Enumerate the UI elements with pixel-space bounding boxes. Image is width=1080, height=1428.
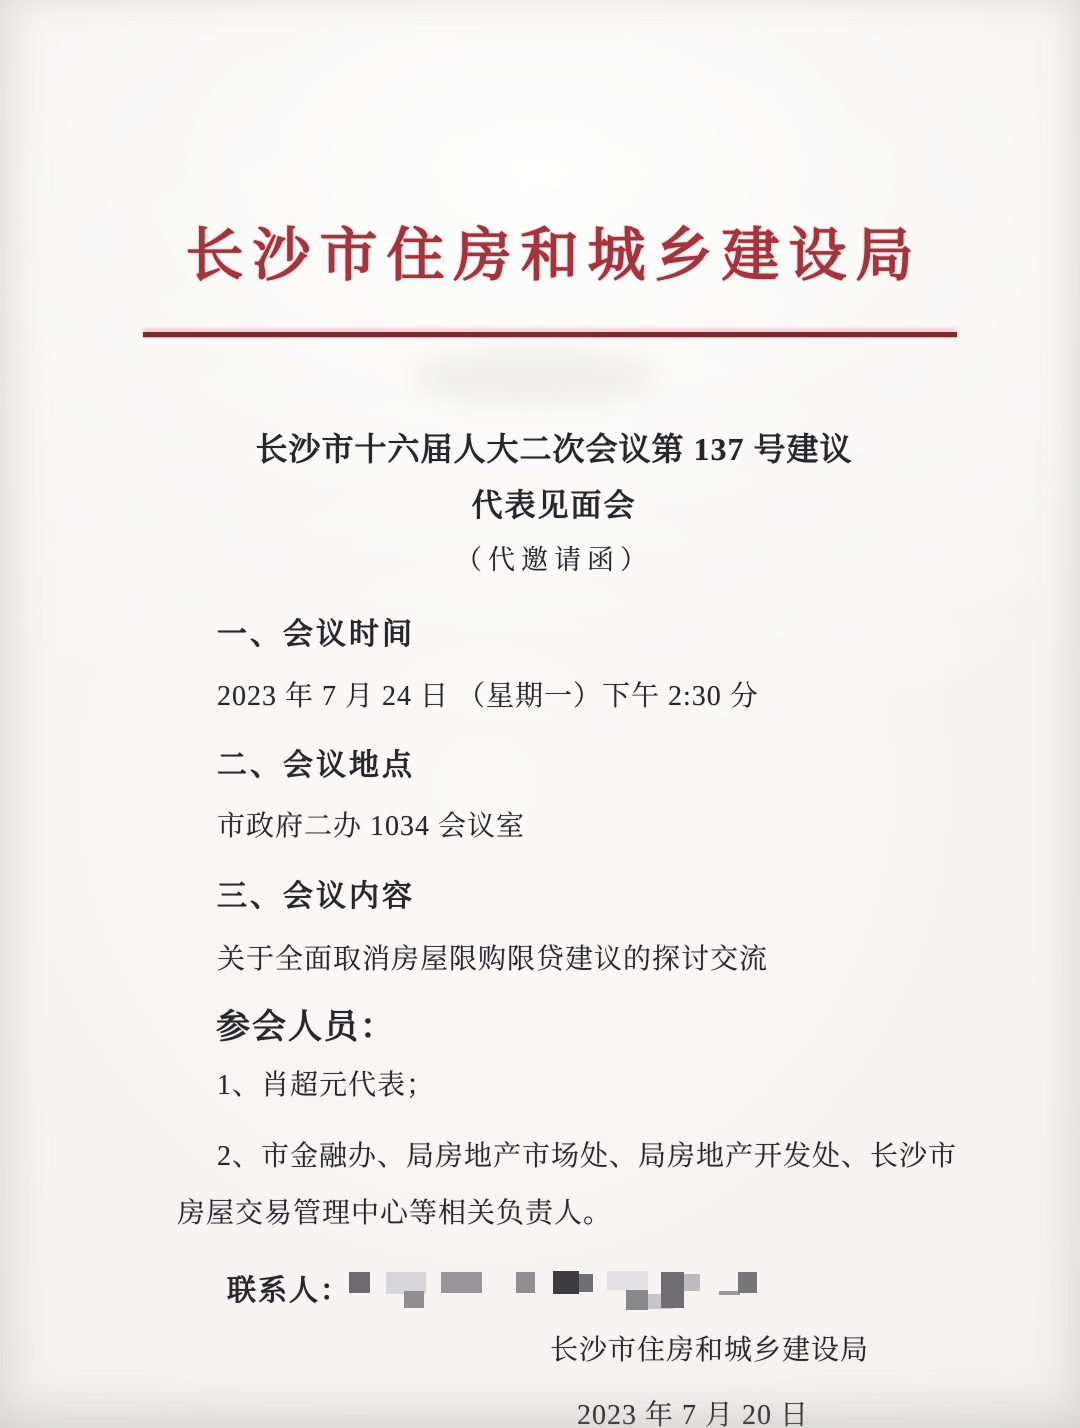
pixelation-block: [553, 1271, 579, 1294]
pixelation-block: [349, 1272, 370, 1293]
pixelation-block: [626, 1290, 648, 1310]
letterhead-red-rule: [143, 332, 957, 337]
section-1-heading: 一、会议时间: [217, 609, 415, 653]
scan-smudge: [415, 350, 655, 405]
pixelation-block: [684, 1274, 700, 1291]
pixelation-block: [607, 1271, 648, 1290]
letterhead-agency-title: 长沙市住房和城乡建设局: [150, 224, 958, 288]
pixelation-block: [441, 1272, 482, 1293]
section-1-body: 2023 年 7 月 24 日 （星期一）下午 2:30 分: [217, 674, 759, 714]
attendee-item-1: 1、肖超元代表；: [217, 1063, 435, 1103]
pixelation-block: [719, 1291, 740, 1295]
attendee-item-2-line2: 房屋交易管理中心等相关负责人。: [177, 1191, 612, 1231]
pixelation-block: [738, 1272, 757, 1293]
pixelation-block: [579, 1274, 593, 1292]
attendee-item-2-line1: 2、市金融办、局房地产市场处、局房地产开发处、长沙市: [217, 1134, 957, 1174]
contact-redaction-mosaic: [340, 1262, 770, 1317]
section-3-body: 关于全面取消房屋限购限贷建议的探讨交流: [217, 937, 768, 977]
section-3-heading: 三、会议内容: [217, 871, 415, 915]
section-2-body: 市政府二办 1034 会议室: [217, 804, 525, 844]
pixelation-block: [516, 1272, 535, 1293]
pixelation-block: [661, 1272, 684, 1308]
pixelation-block: [404, 1291, 424, 1308]
signoff-date: 2023 年 7 月 20 日: [577, 1393, 809, 1428]
attendees-heading: 参会人员：: [216, 999, 396, 1048]
doc-title-line1: 长沙市十六届人大二次会议第 137 号建议: [150, 424, 958, 470]
doc-title-note: （代邀请函）: [150, 538, 958, 577]
section-2-heading: 二、会议地点: [217, 740, 415, 784]
contact-label: 联系人：: [227, 1268, 351, 1309]
signoff-agency: 长沙市住房和城乡建设局: [550, 1328, 869, 1368]
document-page: 长沙市住房和城乡建设局 长沙市十六届人大二次会议第 137 号建议 代表见面会 …: [0, 0, 1080, 1428]
doc-title-line2: 代表见面会: [150, 480, 958, 525]
